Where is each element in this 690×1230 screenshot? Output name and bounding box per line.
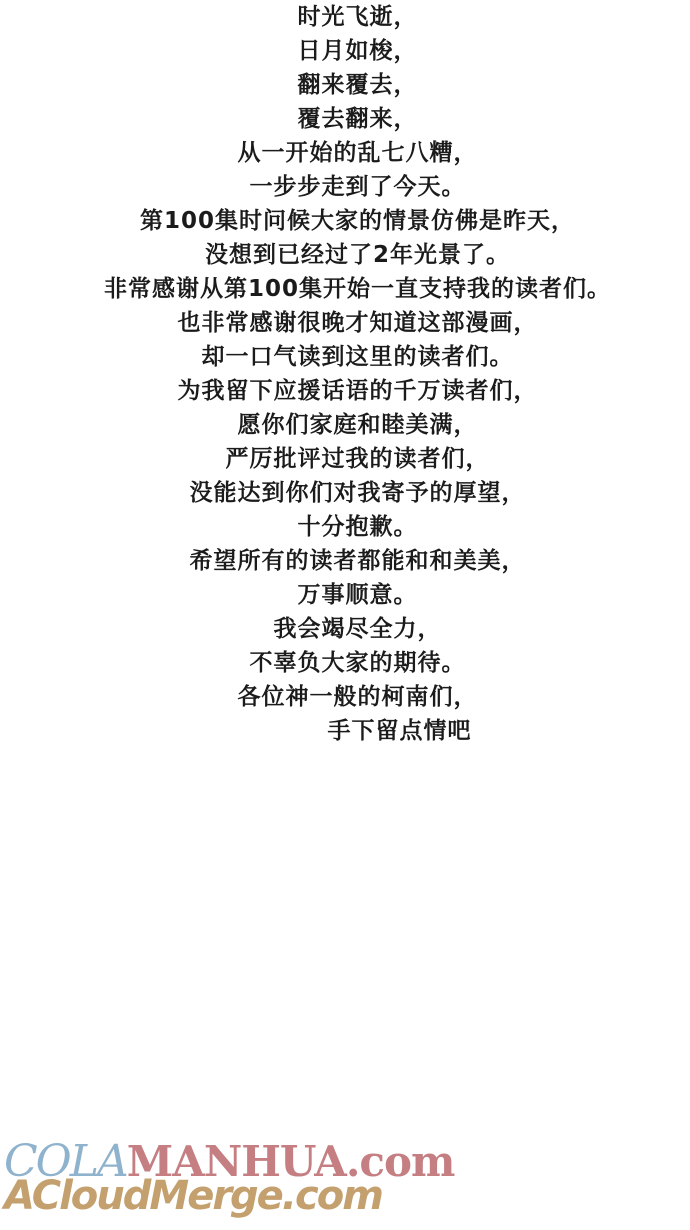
colamanhua-watermark-prefix: COLA [4,1136,127,1187]
acloudmerge-watermark: ACloudMerge.com [4,1176,382,1216]
author-note-paragraph-6: 各位神一般的柯南们， [25,680,690,714]
author-note-paragraph-7: 手下留点情吧 [67,714,690,748]
comic-page: 时光飞逝， 日月如梭， 翻来覆去， 覆去翻来， 从一开始的乱七八糟， 一步步走到… [0,0,690,1230]
author-note-paragraph-4: 为我留下应援话语的千万读者们， 愿你们家庭和睦美满， [25,374,690,442]
colamanhua-watermark-suffix: .com [346,1137,455,1186]
author-note-paragraph-1: 时光飞逝， 日月如梭， 翻来覆去， 覆去翻来， 从一开始的乱七八糟， 一步步走到… [25,0,690,272]
author-note-paragraph-2: 非常感谢从第100集开始一直支持我的读者们。 [25,272,690,306]
colamanhua-watermark: COLAMANHUA.com [4,1140,454,1184]
author-note-paragraph-3: 也非常感谢很晚才知道这部漫画， 却一口气读到这里的读者们。 [25,306,690,374]
author-note: 时光飞逝， 日月如梭， 翻来覆去， 覆去翻来， 从一开始的乱七八糟， 一步步走到… [0,0,690,748]
colamanhua-watermark-brand: MANHUA [127,1137,346,1186]
author-note-paragraph-5: 严厉批评过我的读者们， 没能达到你们对我寄予的厚望， 十分抱歉。 希望所有的读者… [25,442,690,680]
